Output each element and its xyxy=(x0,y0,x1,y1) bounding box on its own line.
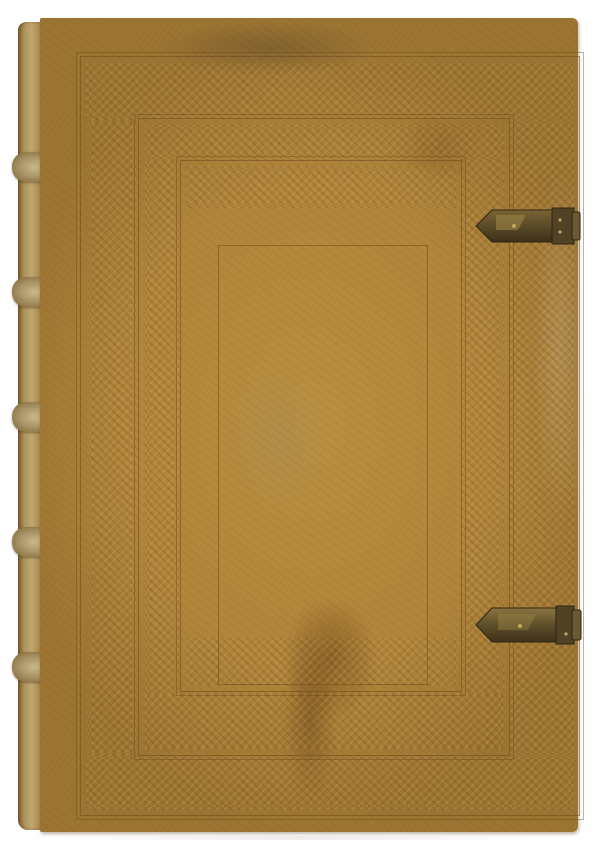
book-front-cover xyxy=(40,18,578,832)
upper-brass-clasp xyxy=(474,206,584,242)
roll-border-bottom xyxy=(86,756,574,810)
panel-roll-top xyxy=(186,166,456,208)
center-panel xyxy=(218,245,428,685)
roll-border-left xyxy=(86,118,138,756)
clasp-icon xyxy=(474,206,584,246)
inner-roll-top xyxy=(144,124,504,160)
table-shadow xyxy=(60,836,540,840)
lower-brass-clasp xyxy=(474,604,584,640)
inner-roll-bottom xyxy=(144,692,504,750)
roll-border-top xyxy=(86,62,574,118)
photo-stage: Antique book, front cover with tooled le… xyxy=(0,0,600,854)
clasp-icon xyxy=(474,604,584,646)
inner-roll-left xyxy=(144,160,180,692)
